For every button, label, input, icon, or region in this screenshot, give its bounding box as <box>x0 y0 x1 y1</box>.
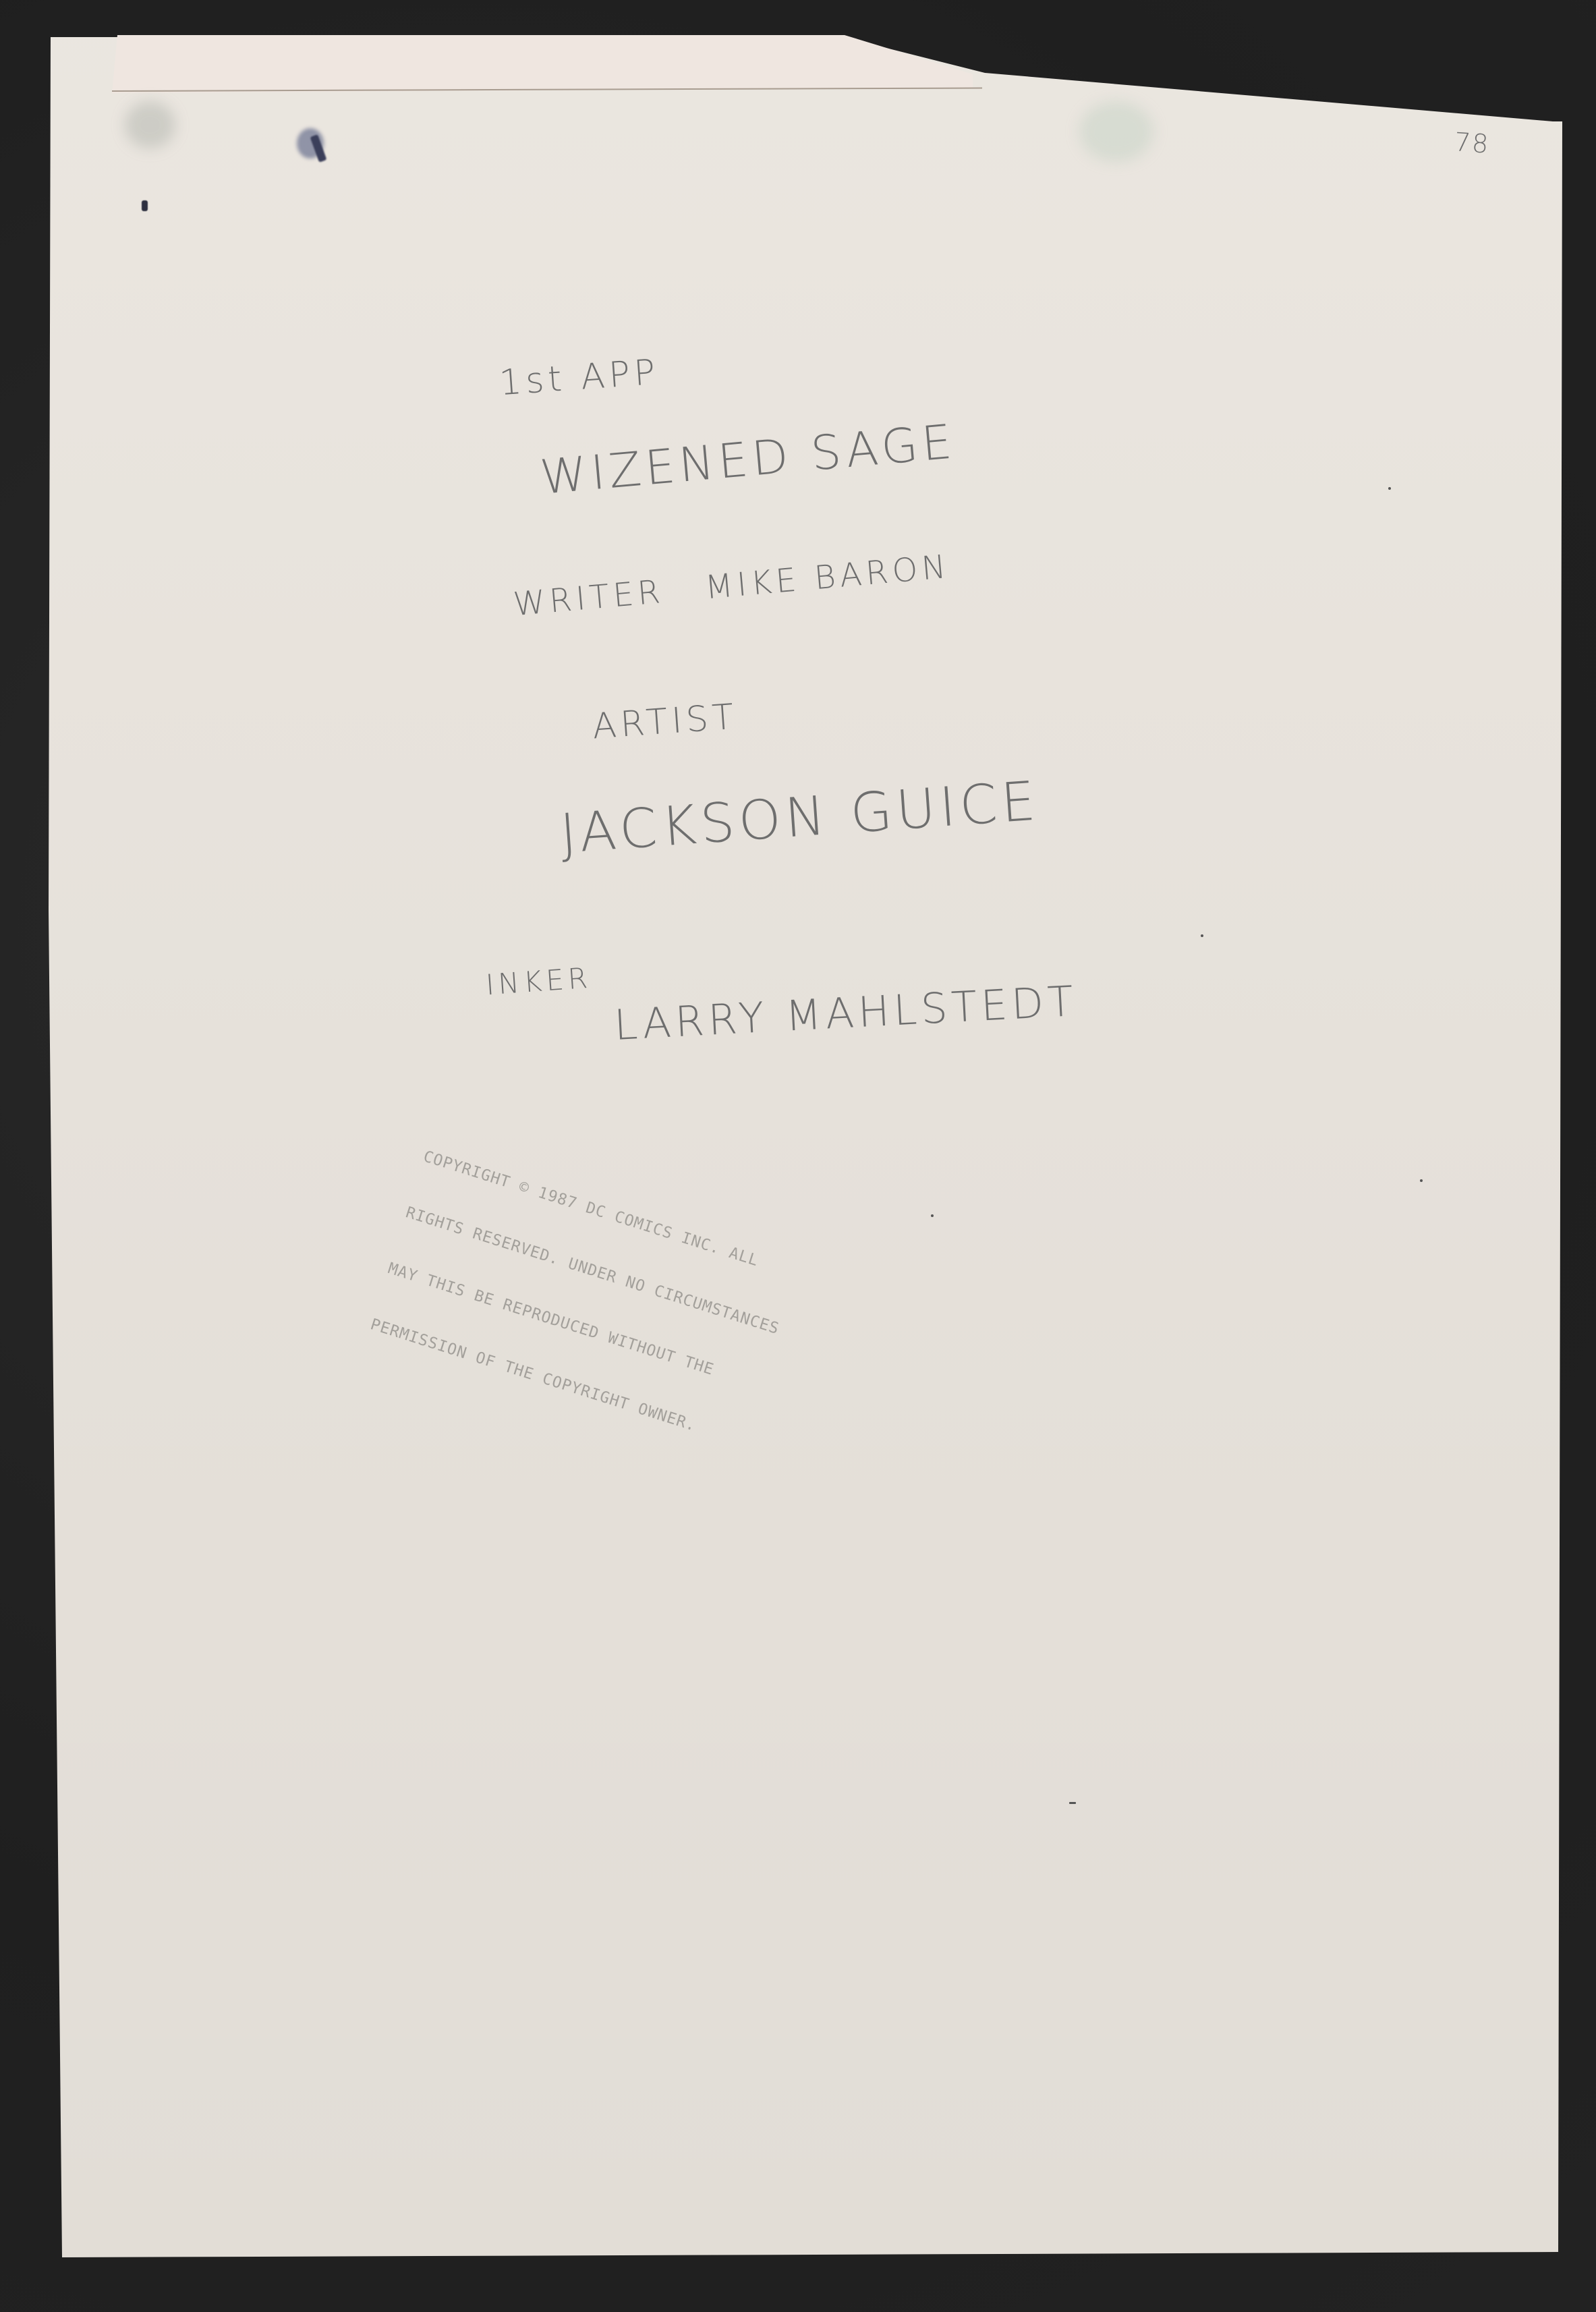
speck <box>1201 934 1203 937</box>
speck <box>1420 1179 1423 1182</box>
grey-smudge <box>125 101 175 148</box>
paper-shading <box>0 0 1596 2312</box>
page-number: 78 <box>1454 127 1491 159</box>
stamp-line: MAY THIS BE REPRODUCED WITHOUT THE <box>386 1259 764 1395</box>
ink-speck <box>142 200 148 211</box>
speck <box>1388 487 1391 490</box>
speck <box>931 1214 934 1217</box>
green-smudge <box>1079 101 1153 162</box>
stamp-line: RIGHTS RESERVED. UNDER NO CIRCUMSTANCES <box>403 1203 782 1339</box>
speck <box>1069 1802 1076 1804</box>
tape-strip <box>109 34 973 96</box>
